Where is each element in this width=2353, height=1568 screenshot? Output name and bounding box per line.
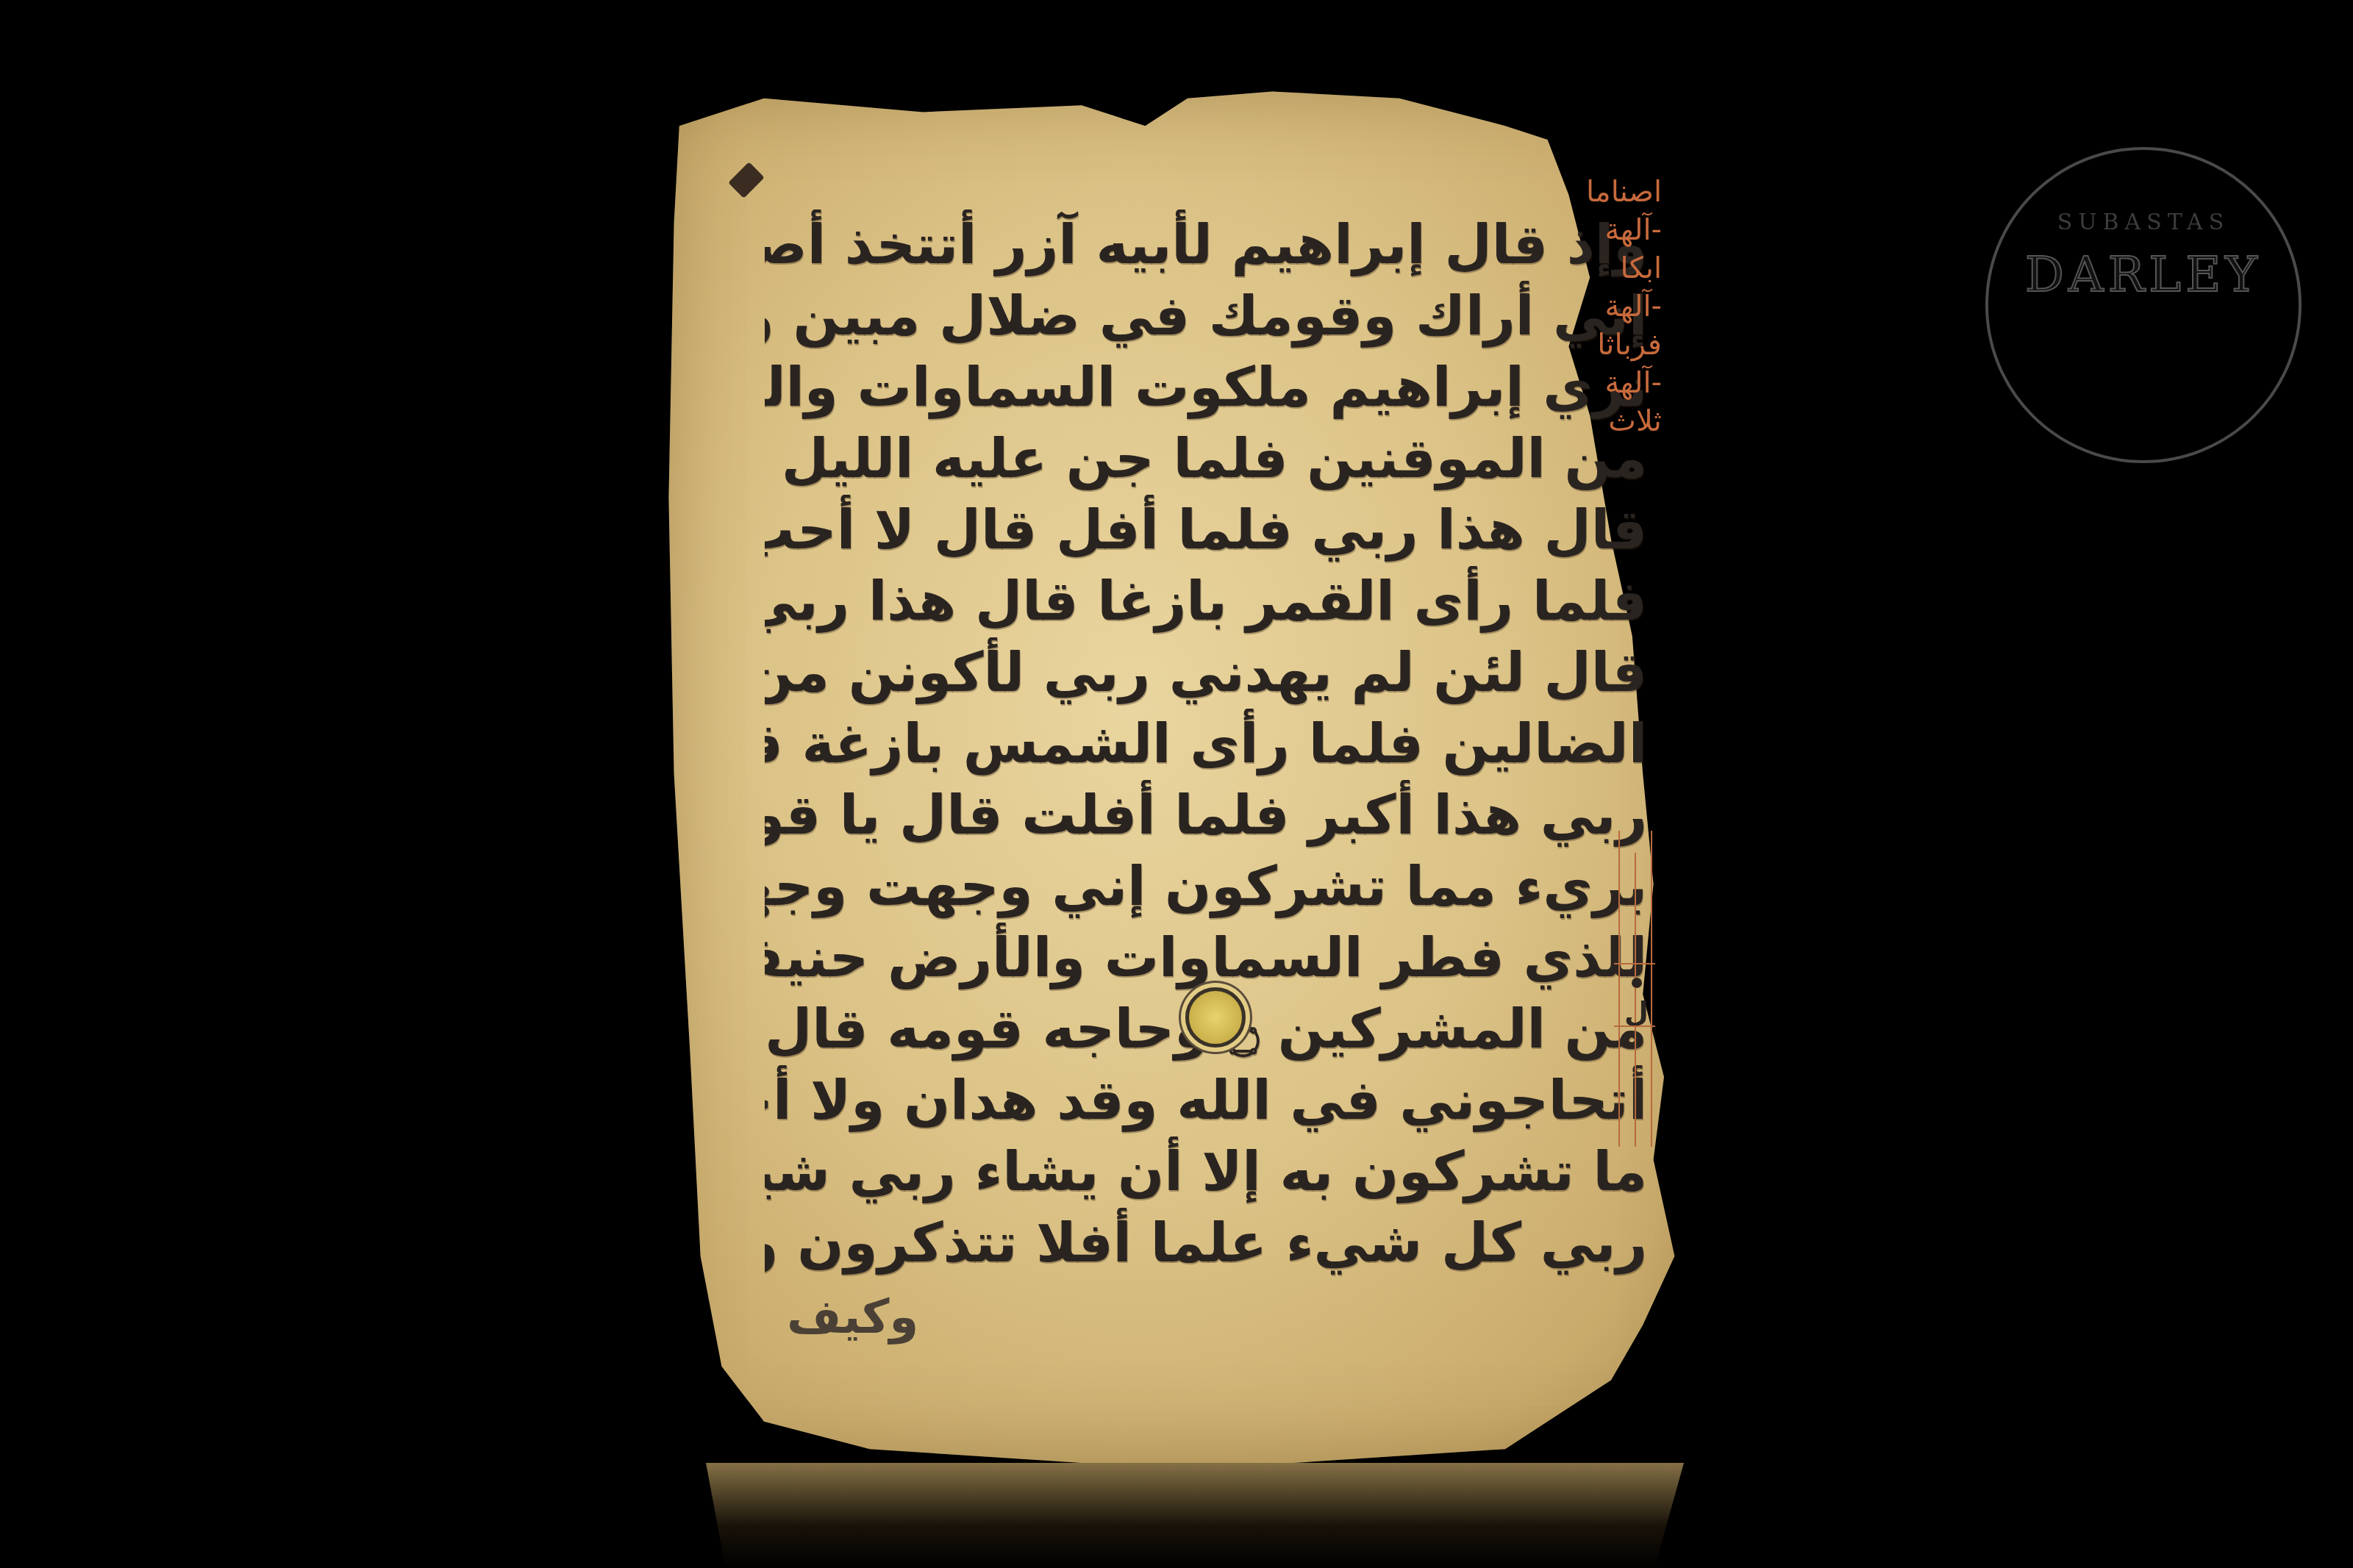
text-line: ما تشركون به إلا أن يشاء ربي شيئا وسع xyxy=(765,1136,1647,1208)
catchword: وكيف xyxy=(787,1290,918,1345)
text-line: أتحاجوني في الله وقد هدان ولا أخاف xyxy=(765,1065,1647,1136)
margin-note: ابكا xyxy=(1566,249,1662,287)
calligraphy-text-block: وإذ قال إبراهيم لأبيه آزر أتتخذ أصناما آ… xyxy=(765,210,1647,1279)
margin-section-marker: ل xyxy=(1614,831,1658,1147)
text-line: وإذ قال إبراهيم لأبيه آزر أتتخذ أصناما آ… xyxy=(765,210,1647,281)
text-line: بريء مما تشركون إني وجهت وجهي xyxy=(765,851,1647,923)
text-line: قال هذا ربي فلما أفل قال لا أحب الآفلين xyxy=(765,495,1647,566)
marker-rule xyxy=(1618,831,1620,1147)
marker-rule xyxy=(1651,831,1652,1147)
margin-note: -آلهة xyxy=(1566,287,1662,326)
watermark-logo: SUBASTAS DARLEY xyxy=(1985,169,2302,419)
text-line: ربي هذا أكبر فلما أفلت قال يا قوم إني xyxy=(765,780,1647,851)
margin-note: -آلهة xyxy=(1566,211,1662,249)
text-line: ربي كل شيء علما أفلا تتذكرون وكيف xyxy=(765,1208,1647,1279)
verse-marker-medallion xyxy=(1185,987,1246,1048)
text-line: فلما رأى القمر بازغا قال هذا ربي فلما أف… xyxy=(765,566,1647,637)
text-line: قال لئن لم يهدني ربي لأكونن من القوم xyxy=(765,637,1647,709)
logo-title: DARLEY xyxy=(1985,246,2302,303)
marker-glyph: ل xyxy=(1624,996,1649,1028)
text-line: نري إبراهيم ملكوت السماوات والأرض وليكو xyxy=(765,352,1647,423)
manuscript-reflection xyxy=(706,1463,1684,1568)
margin-note: -آلهة xyxy=(1566,364,1662,402)
margin-note: فرباثا xyxy=(1566,326,1662,364)
logo-subtitle: SUBASTAS xyxy=(1985,210,2302,235)
margin-annotations: اصناما -آلهة ابكا -آلهة فرباثا -آلهة ثلا… xyxy=(1566,173,1662,440)
margin-note: ثلاث xyxy=(1566,402,1662,440)
text-line: إني أراك وقومك في ضلال مبين وكذلك xyxy=(765,281,1647,352)
text-line: الضالين فلما رأى الشمس بازغة قال هذا xyxy=(765,709,1647,780)
marker-divider xyxy=(1614,1025,1655,1027)
black-background: وإذ قال إبراهيم لأبيه آزر أتتخذ أصناما آ… xyxy=(0,0,2353,1568)
marker-dot xyxy=(1632,978,1642,988)
text-line: من الموقنين فلما جن عليه الليل رأى كوكبا xyxy=(765,423,1647,495)
marker-divider xyxy=(1614,963,1655,964)
logo-circle xyxy=(1985,147,2302,463)
text-line: للذي فطر السماوات والأرض حنيفا وما أنا xyxy=(765,923,1647,994)
margin-note: اصناما xyxy=(1566,173,1662,211)
